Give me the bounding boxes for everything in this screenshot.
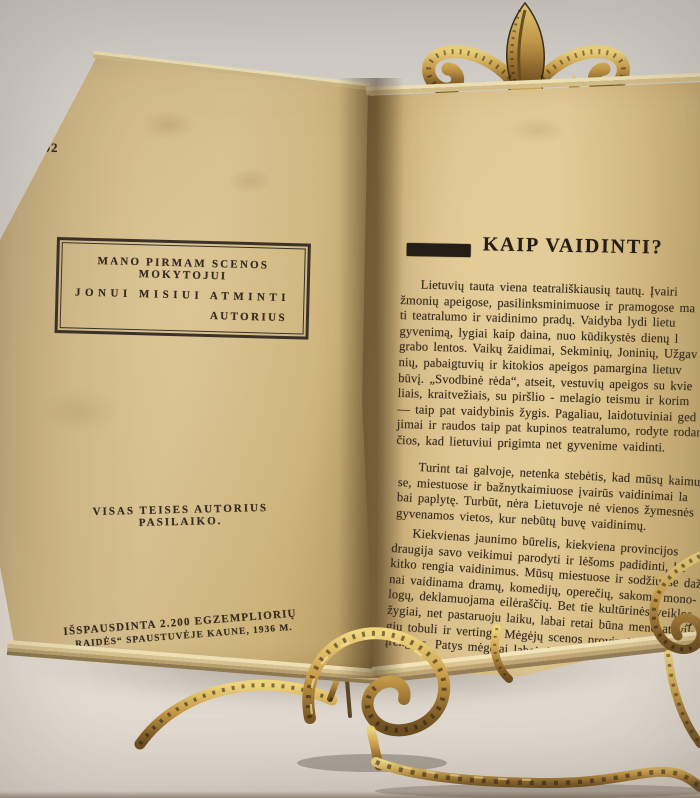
book-stand-front: [0, 0, 700, 798]
stand-scroll-foot: [308, 633, 444, 766]
page-ledge: [495, 628, 509, 679]
stand-right-scroll: [654, 556, 700, 744]
table-edge: [0, 791, 700, 798]
book-photo: { "photo": { "left_page": { "page_number…: [0, 0, 700, 798]
